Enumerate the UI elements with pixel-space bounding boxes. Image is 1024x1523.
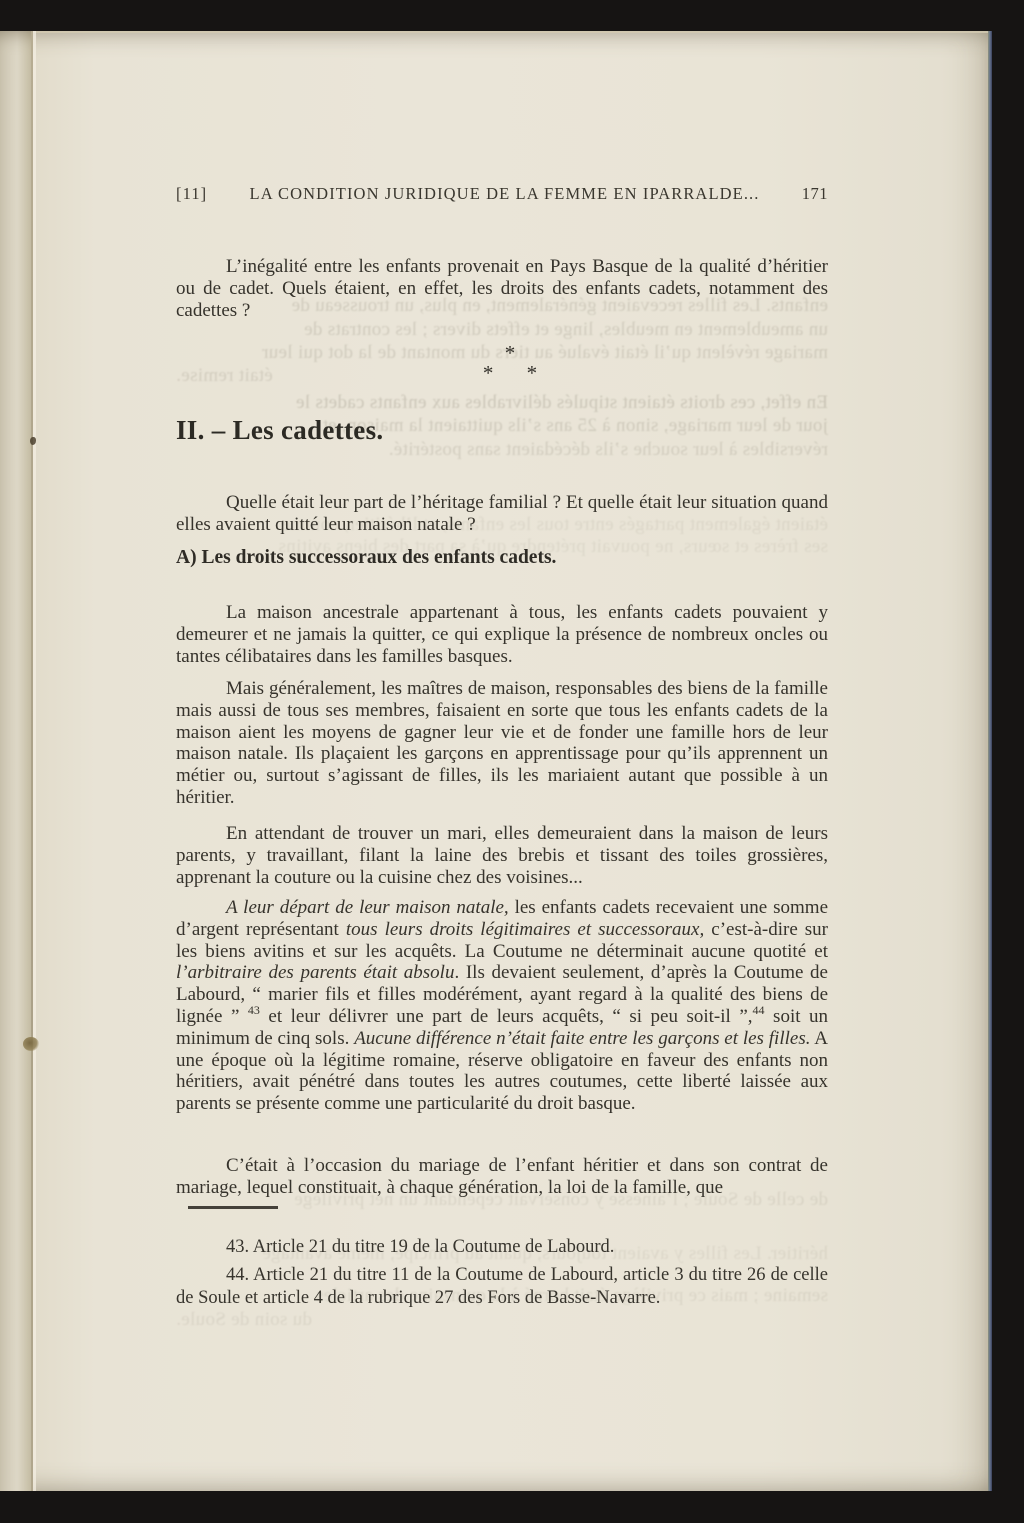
footnote-marker: 44 (753, 1003, 765, 1017)
footnote-43: 43. Article 21 du titre 19 de la Coutume… (176, 1236, 828, 1259)
page-number: 171 (802, 184, 828, 204)
paragraph-attente: En attendant de trouver un mari, elles d… (176, 823, 828, 888)
section-heading: II. – Les cadettes. (176, 415, 828, 445)
subsection-heading: A) Les droits successoraux des enfants c… (176, 547, 828, 569)
footnote-44: 44. Article 21 du titre 11 de la Coutume… (176, 1264, 828, 1310)
book-page: enfants. Les filles recevaient généralem… (0, 31, 992, 1491)
paragraph-intro: L’inégalité entre les enfants provenait … (176, 256, 828, 321)
running-head: [11] LA CONDITION JURIDIQUE DE LA FEMME … (176, 184, 828, 204)
running-head-title: LA CONDITION JURIDIQUE DE LA FEMME EN IP… (207, 184, 801, 204)
footnote-rule (188, 1206, 278, 1209)
bracket-number: [11] (176, 184, 207, 204)
scan-background: { "scan": { "colors": { "paper": "#e8e3d… (0, 0, 1024, 1523)
asterisk-top: * (184, 343, 836, 363)
paragraph-question: Quelle était leur part de l’héritage fam… (176, 492, 828, 536)
paragraph-depart: A leur départ de leur maison natale, les… (176, 897, 828, 1115)
printed-text-layer: [11] LA CONDITION JURIDIQUE DE LA FEMME … (0, 31, 992, 1491)
paragraph-contrat: C’était à l’occasion du mariage de l’enf… (176, 1155, 828, 1199)
asterisk-bottom: * * (184, 363, 836, 383)
paragraph-maison: La maison ancestrale appartenant à tous,… (176, 602, 828, 667)
asterisk-divider: * * * (176, 343, 836, 383)
paragraph-maitres: Mais généralement, les maîtres de maison… (176, 678, 828, 809)
footnote-marker: 43 (248, 1003, 260, 1017)
